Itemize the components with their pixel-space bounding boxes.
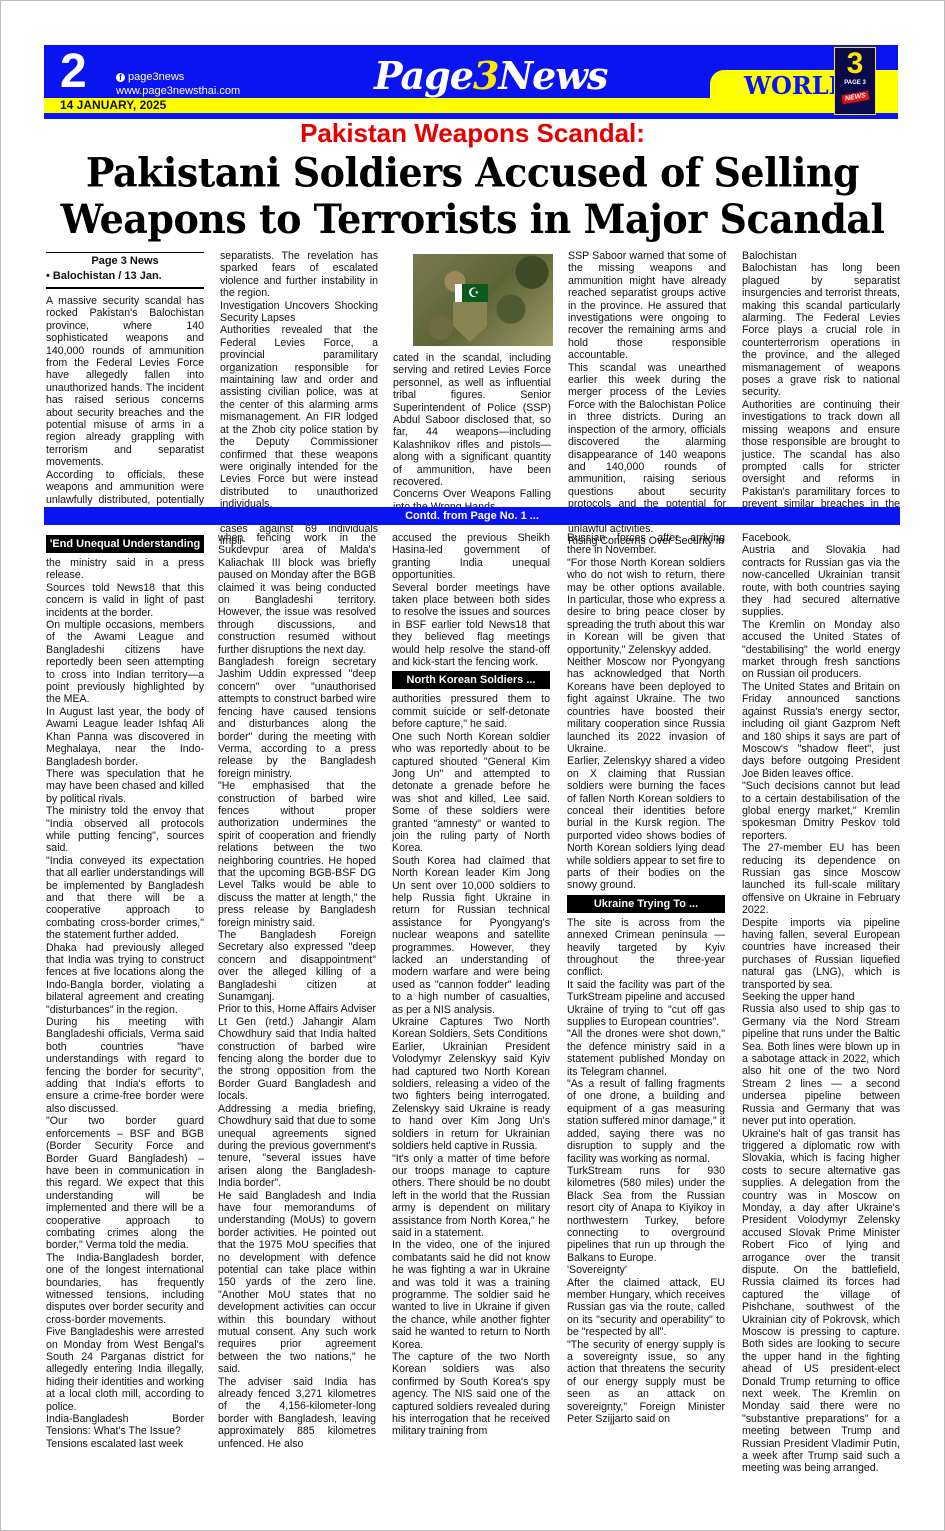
paragraph: Bangladesh foreign secretary Jashim Uddi… [218,656,376,780]
facebook-handle[interactable]: page3news [128,71,184,83]
uniform-patch [453,302,487,342]
paragraph: A massive security scandal has rocked Pa… [46,295,204,469]
social-links: fpage3news www.page3newsthai.com [116,70,240,98]
paragraph: authorities pressured them to commit sui… [392,693,550,730]
paragraph: Five Bangladeshis were arrested on Monda… [46,1326,204,1413]
paragraph: cated in the scandal, including serving … [393,352,551,488]
paragraph: South Korea had claimed that North Korea… [392,855,550,1016]
logo-text-right: News [498,53,607,98]
byline: Page 3 News • Balochistan / 13 Jan. [46,252,204,289]
section-head-end-unequal: 'End Unequal Understanding ... [46,535,204,553]
continued-banner: Contd. from Page No. 1 ... [44,507,900,525]
paragraph: During his meeting with Bangladeshi offi… [46,1016,204,1115]
paragraph: "As a result of falling fragments of one… [567,1078,725,1165]
paragraph: In the video, one of the injured combata… [392,1239,550,1351]
page3-badge-logo: 3 PAGE 3 NEWS [834,47,876,115]
paragraph: The Kremlin on Monday also accused the U… [742,619,900,681]
paragraph: when fencing work in the Sukdevpur area … [218,532,376,656]
masthead: 2 fpage3news www.page3newsthai.com Page3… [44,45,898,117]
paragraph: In August last year, the body of Awami L… [46,706,204,768]
paragraph: "India conveyed its expectation that all… [46,855,204,942]
website-link[interactable]: www.page3newsthai.com [116,84,240,98]
paragraph: The adviser said India has already fence… [218,1376,376,1450]
paragraph: SSP Saboor warned that some of the missi… [568,250,726,362]
article-kicker: Pakistan Weapons Scandal: [0,118,945,149]
paragraph: Tensions escalated last week [46,1438,204,1450]
subheading: 'Sovereignty' [567,1264,725,1276]
continued-column-1: 'End Unequal Understanding ... the minis… [46,532,204,1450]
paragraph: Austria and Slovakia had contracts for R… [742,544,900,618]
paragraph: The United States and Britain on Friday … [742,681,900,780]
facebook-icon: f [116,73,125,82]
paragraph: "It's only a matter of time before our t… [392,1153,550,1240]
paragraph: Several border meetings have taken place… [392,582,550,669]
article-column-3: cated in the scandal, including serving … [393,250,551,513]
paragraph: "Such decisions cannot but lead to a cer… [742,780,900,842]
section-head-ukraine: Ukraine Trying To ... [567,895,725,913]
paragraph: accused the previous Sheikh Hasina-led g… [392,532,550,582]
paragraph: "For those North Korean soldiers who do … [567,557,725,656]
continued-column-2: when fencing work in the Sukdevpur area … [218,532,376,1450]
paragraph: Balochistan has long been plagued by sep… [742,262,900,398]
badge-news: NEWS [841,91,869,105]
paragraph: Authorities revealed that the Federal Le… [220,324,378,510]
article-headline: Pakistani Soldiers Accused of Selling We… [0,150,945,242]
paragraph: "Our two border guard enforcements – BSF… [46,1115,204,1251]
headline-line-2: Weapons to Terrorists in Major Scandal [0,196,945,242]
paragraph: There was speculation that he may have b… [46,768,204,805]
paragraph: "He emphasised that the construction of … [218,780,376,929]
section-head-north-korean: North Korean Soldiers ... [392,671,550,689]
paragraph: Russia also used to ship gas to Germany … [742,1003,900,1127]
logo-number: 3 [473,53,498,98]
paragraph: separatists. The revelation has sparked … [220,250,378,300]
newspaper-logo: Page3News [374,53,607,98]
paragraph: Addressing a media briefing, Chowdhury s… [218,1103,376,1190]
paragraph: The India-Bangladesh border, one of the … [46,1252,204,1326]
byline-location: • Balochistan / 13 Jan. [46,268,204,284]
paragraph: "All the drones were shot down," the def… [567,1028,725,1078]
paragraph: Russian forces after arriving there in N… [567,532,725,557]
paragraph: Neither Moscow nor Pyongyang has acknowl… [567,656,725,755]
article-column-5: Balochistan Balochistan has long been pl… [742,250,900,523]
article-column-4: SSP Saboor warned that some of the missi… [568,250,726,548]
paragraph: Despite imports via pipeline having fall… [742,917,900,991]
paragraph: Facebook. [742,532,900,544]
paragraph: The Bangladesh Foreign Secretary also ex… [218,929,376,1003]
paragraph: Earlier, Zelenskyy shared a video on X c… [567,755,725,891]
paragraph: Sources told News18 that this concern is… [46,582,204,619]
subheading: Balochistan [742,250,900,262]
subheading: India-Bangladesh Border Tensions: What's… [46,1413,204,1438]
subheading: Seeking the upper hand [742,991,900,1003]
logo-text-left: Page [374,53,473,98]
continued-column-3: accused the previous Sheikh Hasina-led g… [392,532,550,1438]
paragraph: Earlier, Ukrainian President Volodymyr Z… [392,1041,550,1153]
paragraph: It said the facility was part of the Tur… [567,979,725,1029]
paragraph: The ministry told the envoy that "India … [46,805,204,855]
subheading: Investigation Uncovers Shocking Security… [220,300,378,325]
headline-line-1: Pakistani Soldiers Accused of Selling [0,150,945,196]
subheading: Ukraine Captures Two North Korean Soldie… [392,1016,550,1041]
paragraph: TurkStream runs for 930 kilometres (580 … [567,1165,725,1264]
paragraph: The site is across from the annexed Crim… [567,917,725,979]
paragraph: One such North Korean soldier who was re… [392,731,550,855]
paragraph: "The security of energy supply is a sove… [567,1339,725,1426]
paragraph: Ukraine's halt of gas transit has trigge… [742,1128,900,1475]
paragraph: On multiple occasions, members of the Aw… [46,619,204,706]
paragraph: He said Bangladesh and India have four m… [218,1190,376,1376]
article-column-1: Page 3 News • Balochistan / 13 Jan. A ma… [46,252,204,518]
paragraph: Dhaka had previously alleged that India … [46,942,204,1016]
paragraph: Prior to this, Home Affairs Adviser Lt G… [218,1003,376,1102]
paragraph: Authorities are continuing their investi… [742,399,900,523]
continued-column-5: Facebook. Austria and Slovakia had contr… [742,532,900,1475]
pakistan-flag-icon [455,284,488,302]
article-photo [413,254,553,346]
byline-source: Page 3 News [46,254,204,268]
paragraph: The capture of the two North Korean sold… [392,1351,550,1438]
continued-column-4: Russian forces after arriving there in N… [567,532,725,1425]
badge-number: 3 [835,48,875,80]
paragraph: After the claimed attack, EU member Hung… [567,1277,725,1339]
page-number: 2 [60,47,87,97]
article-column-2: separatists. The revelation has sparked … [220,250,378,548]
issue-date: 14 JANUARY, 2025 [60,98,166,113]
paragraph: The 27-member EU has been reducing its d… [742,842,900,916]
